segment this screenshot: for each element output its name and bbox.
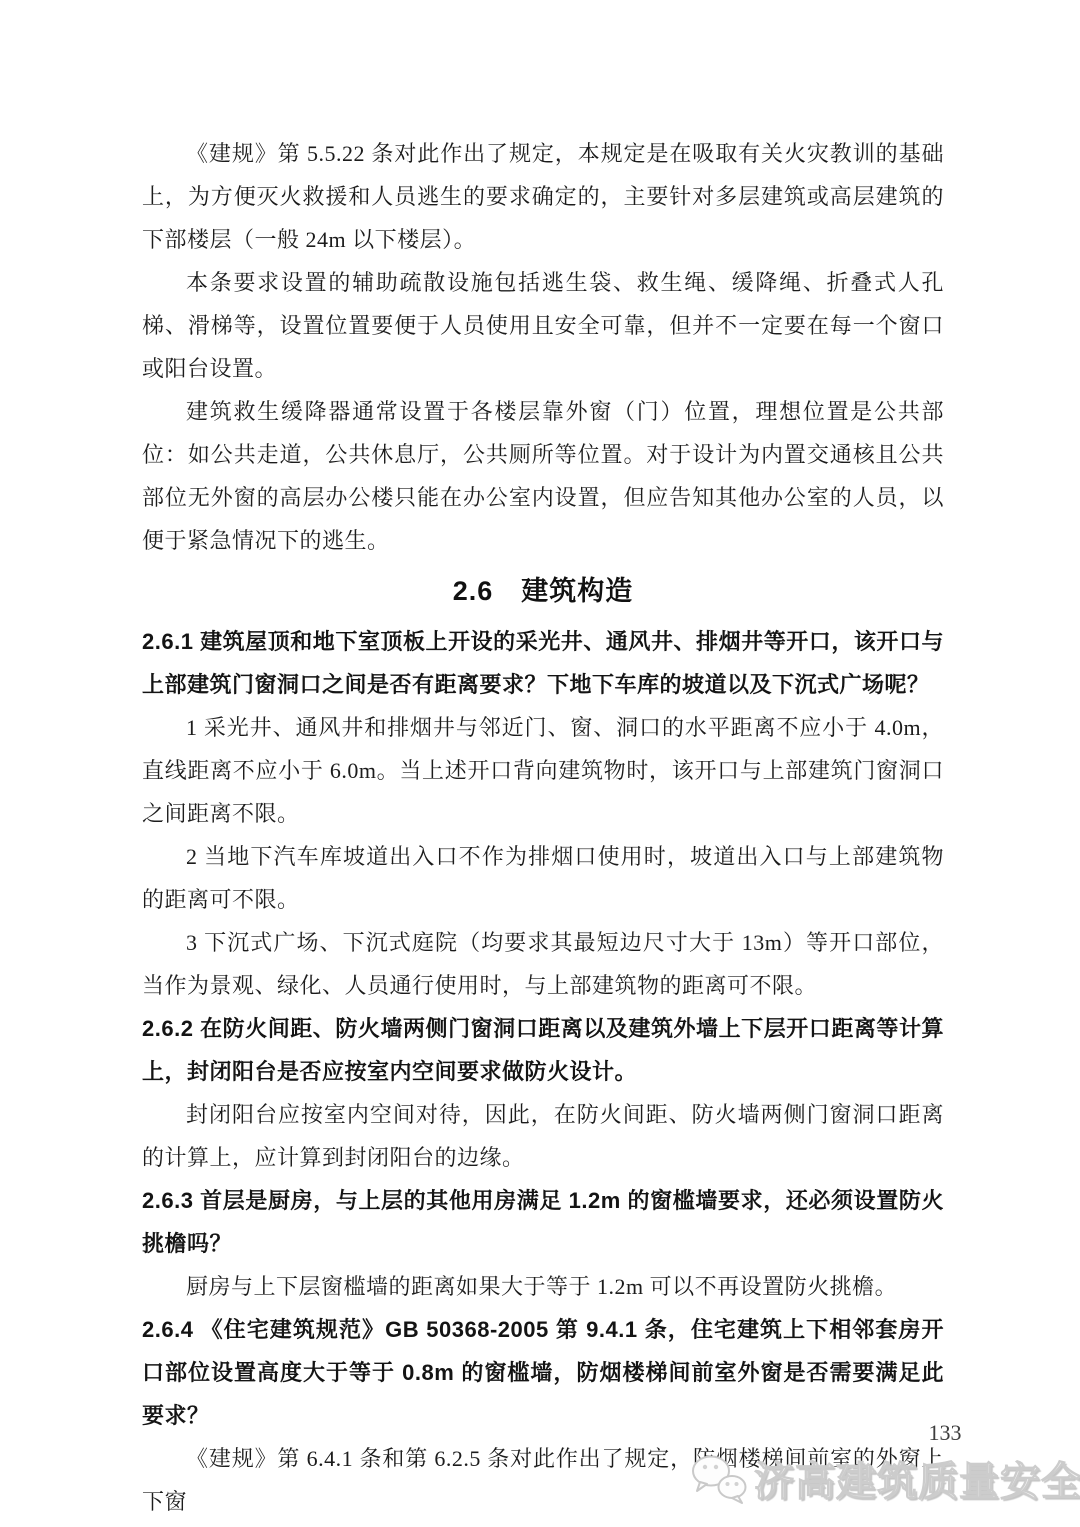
- question-heading: 2.6.3 首层是厨房，与上层的其他用房满足 1.2m 的窗槛墙要求，还必须设置…: [142, 1179, 944, 1265]
- document-page: 《建规》第 5.5.22 条对此作出了规定，本规定是在吸取有关火灾教训的基础上，…: [0, 0, 1080, 1527]
- body-paragraph: 厨房与上下层窗槛墙的距离如果大于等于 1.2m 可以不再设置防火挑檐。: [142, 1265, 944, 1308]
- section-heading: 2.6 建筑构造: [142, 568, 944, 614]
- document-body: 《建规》第 5.5.22 条对此作出了规定，本规定是在吸取有关火灾教训的基础上，…: [142, 132, 944, 1523]
- body-paragraph: 1 采光井、通风井和排烟井与邻近门、窗、洞口的水平距离不应小于 4.0m，直线距…: [142, 706, 944, 835]
- body-paragraph: 建筑救生缓降器通常设置于各楼层靠外窗（门）位置，理想位置是公共部位：如公共走道，…: [142, 390, 944, 562]
- watermark-text: 济高建筑质量安全新高地: [754, 1450, 1080, 1507]
- wechat-icon: [690, 1454, 748, 1504]
- body-paragraph: 3 下沉式广场、下沉式庭院（均要求其最短边尺寸大于 13m）等开口部位，当作为景…: [142, 921, 944, 1007]
- question-heading: 2.6.1 建筑屋顶和地下室顶板上开设的采光井、通风井、排烟井等开口，该开口与上…: [142, 620, 944, 706]
- body-paragraph: 《建规》第 5.5.22 条对此作出了规定，本规定是在吸取有关火灾教训的基础上，…: [142, 132, 944, 261]
- body-paragraph: 2 当地下汽车库坡道出入口不作为排烟口使用时，坡道出入口与上部建筑物的距离可不限…: [142, 835, 944, 921]
- body-paragraph: 本条要求设置的辅助疏散设施包括逃生袋、救生绳、缓降绳、折叠式人孔梯、滑梯等，设置…: [142, 261, 944, 390]
- question-heading: 2.6.4 《住宅建筑规范》GB 50368-2005 第 9.4.1 条，住宅…: [142, 1308, 944, 1437]
- page-number: 133: [905, 1420, 985, 1446]
- question-heading: 2.6.2 在防火间距、防火墙两侧门窗洞口距离以及建筑外墙上下层开口距离等计算上…: [142, 1007, 944, 1093]
- body-paragraph: 封闭阳台应按室内空间对待，因此，在防火间距、防火墙两侧门窗洞口距离的计算上，应计…: [142, 1093, 944, 1179]
- watermark: 济高建筑质量安全新高地: [690, 1450, 1080, 1507]
